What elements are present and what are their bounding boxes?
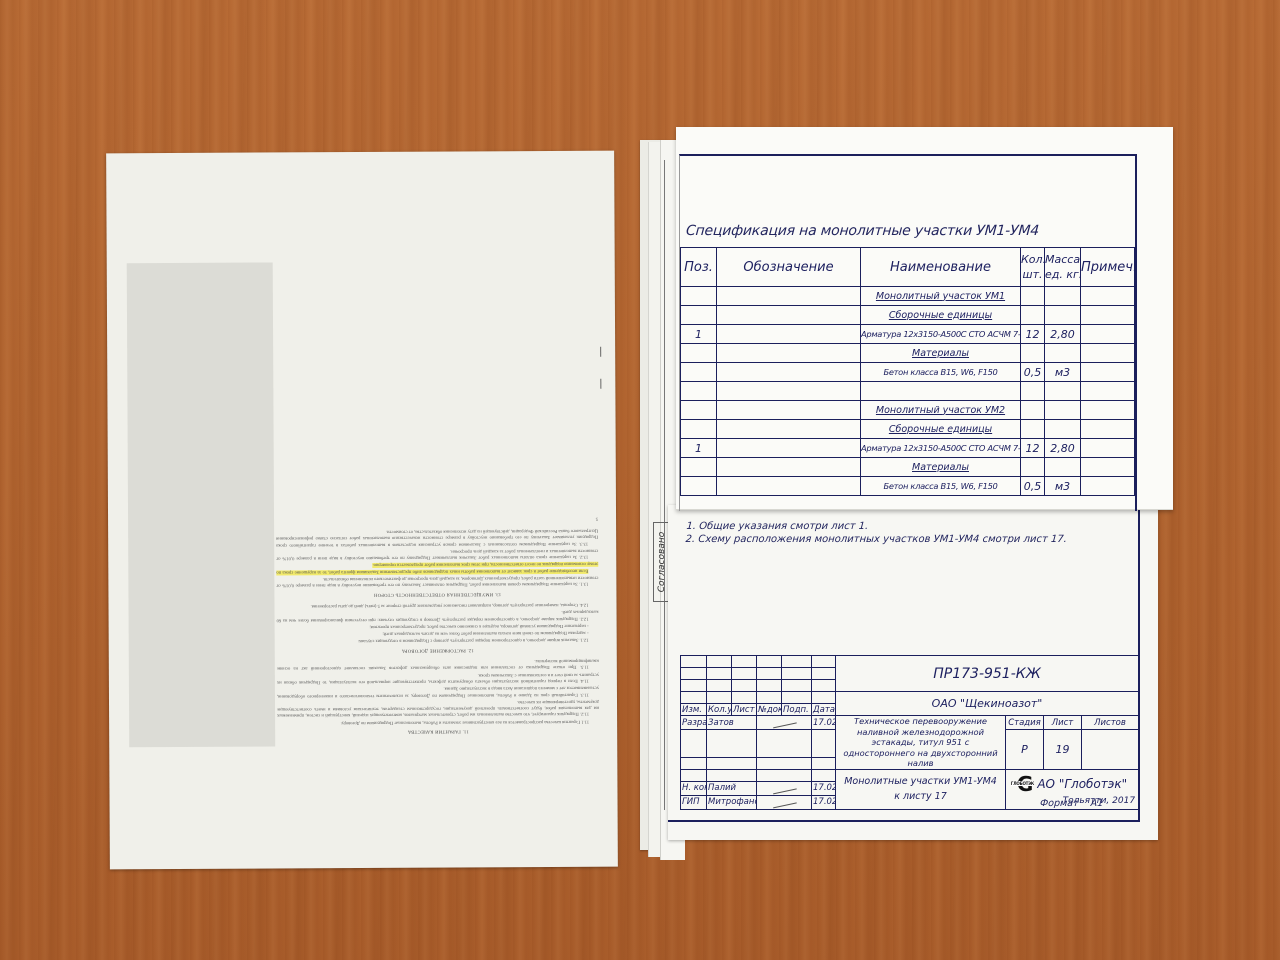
spec-cell-qty — [1021, 344, 1045, 363]
spec-row: Бетон класса В15, W6, F1500,5м3 — [681, 363, 1135, 382]
spec-cell-pos — [681, 401, 717, 420]
company-logo: GГЛОБОТЭК АО "Глоботэк" — [1017, 772, 1127, 796]
col-data: Дата — [812, 704, 836, 716]
spec-cell-pos — [681, 458, 717, 477]
spec-cell-qty — [1021, 458, 1045, 477]
spec-cell-pos: 1 — [681, 439, 717, 458]
contract-paragraph: 13.1. За нарушение Подрядчиком сроков вы… — [276, 575, 598, 589]
spec-row: Сборочные единицы — [681, 420, 1135, 439]
col-kol-uch: Кол.уч. — [707, 704, 732, 716]
spec-cell-mass: м3 — [1045, 477, 1081, 496]
spec-header-row: Поз. Обозначение Наименование Кол.шт. Ма… — [681, 248, 1135, 287]
spec-cell-note — [1081, 363, 1135, 382]
stage-value: Р — [1006, 730, 1044, 770]
spec-cell-qty: 0,5 — [1021, 363, 1045, 382]
sheet-title-line2: к листу 17 — [837, 789, 1004, 804]
format-indicator: Формат А1 — [1040, 798, 1104, 809]
spec-cell-designation — [717, 363, 861, 382]
spec-cell-designation — [717, 420, 861, 439]
spec-cell-designation — [717, 287, 861, 306]
photo-scene: 11. ГАРАНТИИ КАЧЕСТВА11.1 Гарантия качес… — [0, 0, 1280, 960]
spec-cell-qty: 12 — [1021, 439, 1045, 458]
spec-cell-note — [1081, 306, 1135, 325]
spec-row: Материалы — [681, 344, 1135, 363]
spec-cell-name: Бетон класса В15, W6, F150 — [861, 363, 1021, 382]
header-qty: Кол.шт. — [1021, 248, 1045, 287]
spec-cell-mass — [1045, 306, 1081, 325]
spec-cell-qty: 12 — [1021, 325, 1045, 344]
spec-cell-note — [1081, 477, 1135, 496]
spec-row: Монолитный участок УМ1 — [681, 287, 1135, 306]
binding-margin-line — [664, 160, 665, 810]
col-n-dok: №док. — [757, 704, 782, 716]
developer-name: Затов — [707, 716, 757, 730]
spec-cell-pos — [681, 477, 717, 496]
header-pos: Поз. — [681, 248, 717, 287]
spec-cell-mass — [1045, 420, 1081, 439]
spec-row: Монолитный участок УМ2 — [681, 401, 1135, 420]
col-izm: Изм. — [681, 704, 707, 716]
spec-cell-mass — [1045, 382, 1081, 401]
note-line: 2. Схему расположения монолитных участко… — [685, 533, 1067, 546]
project-title: Техническое перевооружение наливной желе… — [836, 716, 1006, 770]
section-title: 11. ГАРАНТИИ КАЧЕСТВА — [277, 727, 599, 735]
spec-cell-name: Монолитный участок УМ1 — [861, 287, 1021, 306]
spec-cell-name: Сборочные единицы — [861, 420, 1021, 439]
spec-cell-designation — [717, 325, 861, 344]
note-line: 1. Общие указания смотри лист 1. — [686, 520, 1068, 533]
spec-cell-designation — [717, 401, 861, 420]
company-name: АО "Глоботэк" — [1037, 777, 1127, 791]
spec-row — [681, 382, 1135, 401]
spec-cell-qty — [1021, 306, 1045, 325]
globotek-logo-icon: GГЛОБОТЭК — [1017, 772, 1033, 796]
contract-paragraph: 13.3. За нарушение Подрядчиком согласова… — [276, 527, 598, 548]
spec-cell-note — [1081, 458, 1135, 477]
drawing-sheet-lower: 1. Общие указания смотри лист 1. 2. Схем… — [668, 505, 1158, 840]
norm-control-name: Палий — [707, 781, 757, 795]
spec-row: Бетон класса В15, W6, F1500,5м3 — [681, 477, 1135, 496]
spec-row: 1Арматура 12х3150-А500С СТО АСЧМ 7-93122… — [681, 439, 1135, 458]
contract-page: 11. ГАРАНТИИ КАЧЕСТВА11.1 Гарантия качес… — [106, 151, 618, 870]
contract-text-upside-down: 11. ГАРАНТИИ КАЧЕСТВА11.1 Гарантия качес… — [275, 259, 600, 741]
contract-paragraph: 13.2. За нарушение срока оплаты выполнен… — [276, 547, 598, 561]
spec-cell-name — [861, 382, 1021, 401]
signature — [771, 781, 797, 794]
spec-cell-pos — [681, 306, 717, 325]
norm-control-date: 17.02 — [812, 781, 836, 795]
document-code: ПР173-951-КЖ — [836, 656, 1139, 692]
spec-cell-designation — [717, 382, 861, 401]
spec-row: Материалы — [681, 458, 1135, 477]
margin-mark — [600, 347, 601, 357]
spec-cell-designation — [717, 458, 861, 477]
spec-cell-designation — [717, 344, 861, 363]
developer-date: 17.02 — [812, 716, 836, 730]
spec-row: 1Арматура 12х3150-А500С СТО АСЧМ 7-93122… — [681, 325, 1135, 344]
spec-cell-name: Материалы — [861, 344, 1021, 363]
spec-cell-mass: 2,80 — [1045, 439, 1081, 458]
sheet-title-line1: Монолитные участки УМ1-УМ4 — [837, 774, 1004, 789]
spec-cell-pos — [681, 344, 717, 363]
customer-name: ОАО "Щекиноазот" — [836, 692, 1139, 716]
signature — [771, 716, 797, 729]
col-podp: Подп. — [782, 704, 812, 716]
spec-cell-designation — [717, 477, 861, 496]
section-title: 13. ИМУЩЕСТВЕННАЯ ОТВЕТСТВЕННОСТЬ СТОРОН — [276, 590, 598, 598]
sheets-count — [1082, 730, 1139, 770]
general-notes: 1. Общие указания смотри лист 1. 2. Схем… — [685, 520, 1068, 546]
spec-cell-name: Монолитный участок УМ2 — [861, 401, 1021, 420]
spec-cell-mass — [1045, 344, 1081, 363]
page-shadow-region — [127, 262, 276, 747]
spec-cell-note — [1081, 287, 1135, 306]
chief-engineer-date: 17.02 — [812, 795, 836, 809]
signature — [771, 795, 797, 808]
spec-cell-pos: 1 — [681, 325, 717, 344]
section-title: 12. РАСТОРЖЕНИЕ ДОГОВОРА — [277, 646, 599, 654]
spec-row: Сборочные единицы — [681, 306, 1135, 325]
spec-cell-pos — [681, 420, 717, 439]
spec-cell-name: Материалы — [861, 458, 1021, 477]
chief-engineer-name: Митрофанов — [707, 795, 757, 809]
spec-title: Спецификация на монолитные участки УМ1-У… — [685, 223, 1039, 239]
spec-cell-mass — [1045, 401, 1081, 420]
spec-cell-designation — [717, 439, 861, 458]
col-list: Лист — [732, 704, 757, 716]
spec-cell-qty: 0,5 — [1021, 477, 1045, 496]
header-mass: Массаед. кг. — [1045, 248, 1081, 287]
spec-cell-mass: м3 — [1045, 363, 1081, 382]
spec-cell-name: Арматура 12х3150-А500С СТО АСЧМ 7-93 — [861, 325, 1021, 344]
spec-cell-name: Арматура 12х3150-А500С СТО АСЧМ 7-93 — [861, 439, 1021, 458]
sheet-label: Лист — [1044, 716, 1082, 730]
drawing-sheet-upper: Спецификация на монолитные участки УМ1-У… — [676, 127, 1173, 510]
spec-cell-qty — [1021, 287, 1045, 306]
header-note: Примеч. — [1081, 248, 1135, 287]
spec-cell-mass — [1045, 458, 1081, 477]
title-block: ПР173-951-КЖ ОАО "Щекиноазот" Изм. Кол.у… — [680, 655, 1139, 810]
spec-cell-qty — [1021, 382, 1045, 401]
role-chief-engineer: ГИП — [681, 795, 707, 809]
margin-mark — [600, 379, 601, 389]
sheet-number: 19 — [1044, 730, 1082, 770]
stage-label: Стадия — [1006, 716, 1044, 730]
contract-paragraph: 11.1 Гарантия качества распространяется … — [277, 718, 599, 726]
role-norm-control: Н. контр. — [681, 781, 707, 795]
spec-cell-pos — [681, 382, 717, 401]
spec-cell-note — [1081, 382, 1135, 401]
spec-cell-note — [1081, 401, 1135, 420]
spec-cell-designation — [717, 306, 861, 325]
spec-cell-note — [1081, 439, 1135, 458]
contract-paragraph: 11.5. При отказе Подрядчика от составлен… — [277, 657, 599, 671]
spec-cell-mass — [1045, 287, 1081, 306]
spec-cell-mass: 2,80 — [1045, 325, 1081, 344]
page-number: 5 — [276, 515, 598, 523]
spec-cell-pos — [681, 287, 717, 306]
spec-cell-qty — [1021, 401, 1045, 420]
spec-cell-qty — [1021, 420, 1045, 439]
header-designation: Обозначение — [717, 248, 861, 287]
spec-cell-name: Сборочные единицы — [861, 306, 1021, 325]
sheet-title: Монолитные участки УМ1-УМ4 к листу 17 — [836, 769, 1006, 809]
contract-paragraph: 12.2. Подрядчик вправе досрочно, в однос… — [277, 609, 599, 623]
spec-cell-note — [1081, 420, 1135, 439]
spec-cell-note — [1081, 325, 1135, 344]
contract-paragraph: 11.4. Если в период гарантийной эксплуат… — [277, 671, 599, 685]
spec-cell-note — [1081, 344, 1135, 363]
contract-paragraph: 12.1. Заказчик вправе досрочно, в одност… — [277, 637, 599, 645]
header-name: Наименование — [861, 248, 1021, 287]
sheets-label: Листов — [1082, 716, 1139, 730]
contract-paragraph: Если несоблюдение работ в срок зависит о… — [276, 561, 598, 575]
contract-paragraph: 11.2. Подрядчик гарантирует, что качеств… — [277, 698, 599, 719]
role-developer: Разраб. — [681, 716, 707, 730]
spec-table: Поз. Обозначение Наименование Кол.шт. Ма… — [680, 247, 1135, 496]
spec-cell-name: Бетон класса В15, W6, F150 — [861, 477, 1021, 496]
contract-paragraph: 11.3. Гарантийный срок на Здание и Работ… — [277, 685, 599, 699]
spec-cell-pos — [681, 363, 717, 382]
